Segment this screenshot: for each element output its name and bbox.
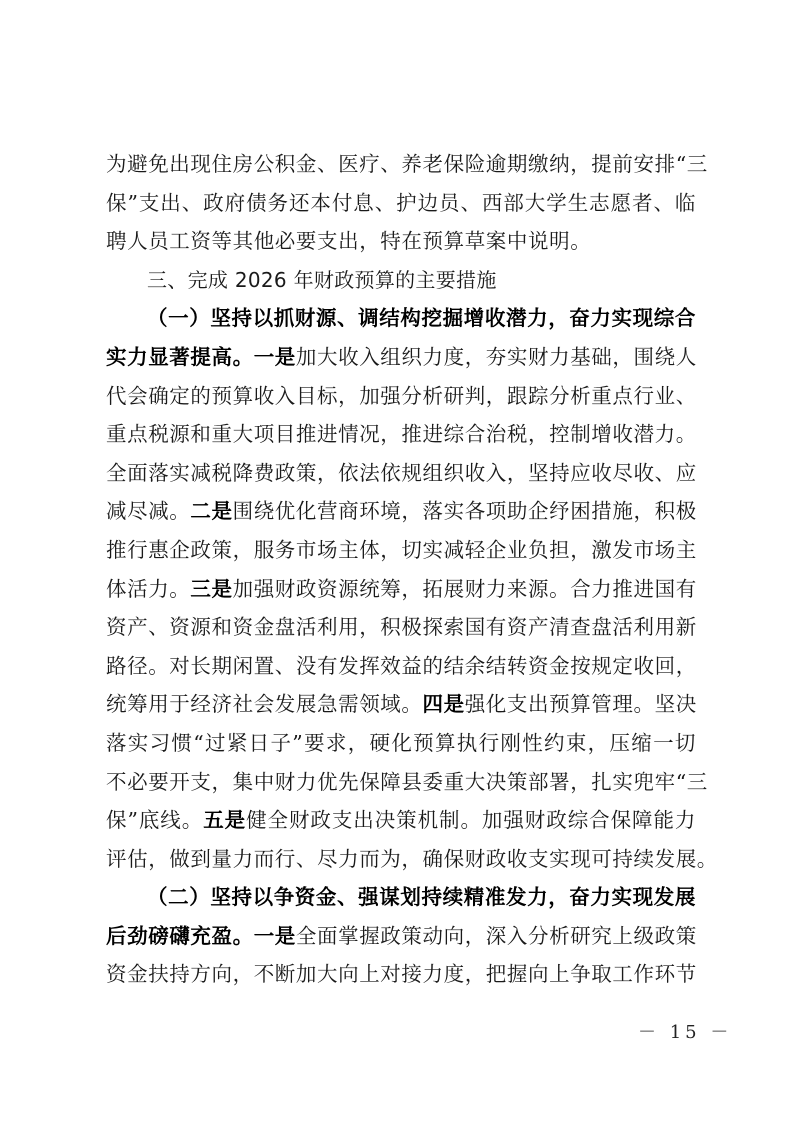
text-line: 资金扶持方向，不断加大向上对接力度，把握向上争取工作环节 (106, 955, 696, 994)
text-run: 资金扶持方向，不断加大向上对接力度，把握向上争取工作环节 (106, 962, 697, 986)
text-line: 重点税源和重大项目推进情况，推进综合治税，控制增收潜力。 (106, 415, 696, 454)
text-run: 全面落实减税降费政策，依法依规组织收入，坚持应收尽收、应 (106, 461, 697, 485)
text-run: 体活力。 (106, 577, 190, 601)
bold-run: 四是 (423, 692, 465, 716)
text-line: 为避免出现住房公积金、医疗、养老保险逾期缴纳，提前安排“三 (106, 145, 696, 184)
text-line: 资产、资源和资金盘活利用，积极探索国有资产清查盘活利用新 (106, 608, 696, 647)
text-line: 统筹用于经济社会发展急需领域。四是强化支出预算管理。坚决 (106, 685, 696, 724)
heading-text: 三、完成 2026 年财政预算的主要措施 (147, 268, 497, 292)
text-run: 强化支出预算管理。坚决 (465, 692, 697, 716)
text-line: 减尽减。二是围绕优化营商环境，落实各项助企纾困措施，积极 (106, 492, 696, 531)
bold-run: 三是 (190, 577, 232, 601)
subsection-heading-2: （二）坚持以争资金、强谋划持续精准发力，奋力实现发展 (106, 878, 696, 917)
text-run: 加大收入组织力度，夯实财力基础，围绕人 (296, 345, 697, 369)
text-run: 资产、资源和资金盘活利用，积极探索国有资产清查盘活利用新 (106, 615, 697, 639)
text-run: 推行惠企政策，服务市场主体，切实减轻企业负担，激发市场主 (106, 538, 697, 562)
text-run: 减尽减。 (106, 499, 190, 523)
bold-run: 五是 (203, 808, 246, 832)
text-line: 保”支出、政府债务还本付息、护边员、西部大学生志愿者、临 (106, 184, 696, 223)
body-text: 为避免出现住房公积金、医疗、养老保险逾期缴纳，提前安排“三 保”支出、政府债务还… (106, 145, 696, 994)
text-run: 保”支出、政府债务还本付息、护边员、西部大学生志愿者、临 (106, 191, 696, 215)
bold-run: 后劲磅礴充盈。一是 (106, 924, 296, 948)
subsection-heading-1: （一）坚持以抓财源、调结构挖掘增收潜力，奋力实现综合 (106, 299, 696, 338)
text-line: 保”底线。五是健全财政支出决策机制。加强财政综合保障能力 (106, 801, 696, 840)
text-run: 统筹用于经济社会发展急需领域。 (106, 692, 423, 716)
text-run: 代会确定的预算收入目标，加强分析研判，跟踪分析重点行业、 (106, 384, 697, 408)
bold-run: （二）坚持以争资金、强谋划持续精准发力，奋力实现发展 (147, 885, 696, 909)
bold-run: （一）坚持以抓财源、调结构挖掘增收潜力，奋力实现综合 (147, 306, 696, 330)
bold-run: 实力显著提高。一是 (106, 345, 296, 369)
text-run: 重点税源和重大项目推进情况，推进综合治税，控制增收潜力。 (106, 422, 697, 446)
text-run: 评估，做到量力而行、尽力而为，确保财政收支实现可持续发展。 (106, 847, 718, 871)
text-run: 落实习惯“过紧日子”要求，硬化预算执行刚性约束，压缩一切 (106, 731, 696, 755)
document-page: 为避免出现住房公积金、医疗、养老保险逾期缴纳，提前安排“三 保”支出、政府债务还… (0, 0, 793, 1122)
text-run: 路径。对长期闲置、没有发挥效益的结余结转资金按规定收回， (106, 654, 697, 678)
text-run: 加强财政资源统筹，拓展财力来源。合力推进国有 (233, 577, 697, 601)
text-line: 体活力。三是加强财政资源统筹，拓展财力来源。合力推进国有 (106, 570, 696, 609)
text-run: 不必要开支，集中财力优先保障县委重大决策部署，扎实兜牢“三 (106, 770, 708, 794)
bold-run: 二是 (190, 499, 232, 523)
text-line: 路径。对长期闲置、没有发挥效益的结余结转资金按规定收回， (106, 647, 696, 686)
text-run: 为避免出现住房公积金、医疗、养老保险逾期缴纳，提前安排“三 (106, 152, 708, 176)
text-line: 全面落实减税降费政策，依法依规组织收入，坚持应收尽收、应 (106, 454, 696, 493)
text-line: 推行惠企政策，服务市场主体，切实减轻企业负担，激发市场主 (106, 531, 696, 570)
section-heading: 三、完成 2026 年财政预算的主要措施 (106, 261, 696, 300)
text-run: 围绕优化营商环境，落实各项助企纾困措施，积极 (233, 499, 697, 523)
text-line: 不必要开支，集中财力优先保障县委重大决策部署，扎实兜牢“三 (106, 763, 696, 802)
text-line: 代会确定的预算收入目标，加强分析研判，跟踪分析重点行业、 (106, 377, 696, 416)
text-line: 聘人员工资等其他必要支出，特在预算草案中说明。 (106, 222, 696, 261)
text-line: 实力显著提高。一是加大收入组织力度，夯实财力基础，围绕人 (106, 338, 696, 377)
text-line: 后劲磅礴充盈。一是全面掌握政策动向，深入分析研究上级政策 (106, 917, 696, 956)
text-line: 评估，做到量力而行、尽力而为，确保财政收支实现可持续发展。 (106, 840, 696, 879)
text-run: 全面掌握政策动向，深入分析研究上级政策 (296, 924, 697, 948)
text-run: 保”底线。 (106, 808, 203, 832)
text-line: 落实习惯“过紧日子”要求，硬化预算执行刚性约束，压缩一切 (106, 724, 696, 763)
text-run: 健全财政支出决策机制。加强财政综合保障能力 (246, 808, 696, 832)
text-run: 聘人员工资等其他必要支出，特在预算草案中说明。 (106, 229, 591, 253)
page-number: － 15 － (638, 1018, 732, 1044)
